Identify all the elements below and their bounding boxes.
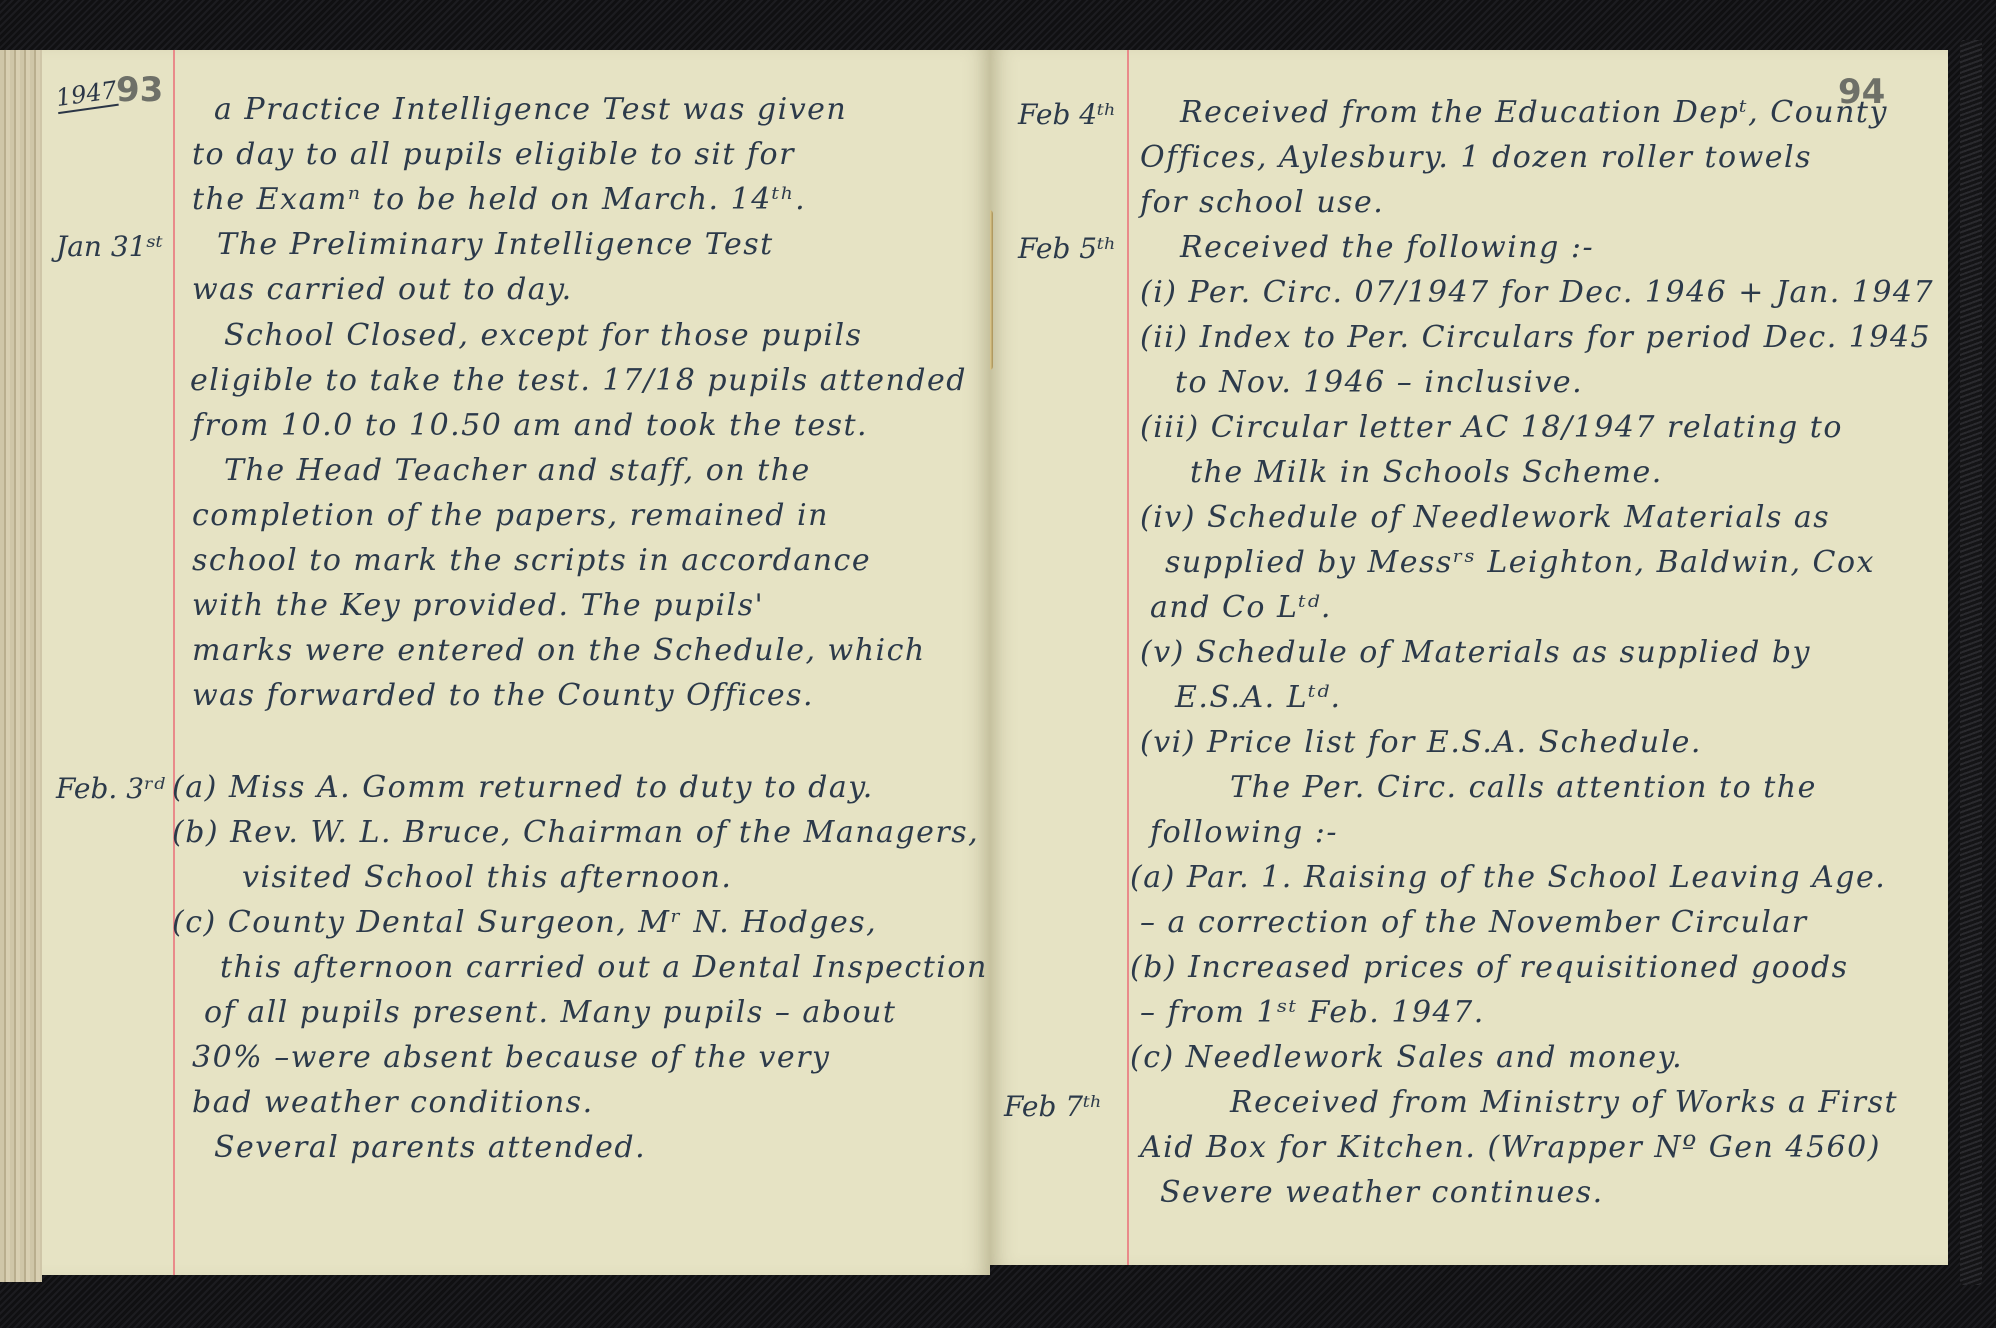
left-page: 1947 93 a Practice Intelligence Test was… [42,50,990,1275]
entry-line: The Preliminary Intelligence Test [217,227,774,262]
binding-stitch [990,210,993,370]
entry-line: was forwarded to the County Offices. [192,678,814,713]
entry-line: (c) County Dental Surgeon, Mʳ N. Hodges, [172,905,877,940]
entry-line: to day to all pupils eligible to sit for [192,137,795,172]
year-note: 1947 [54,76,119,114]
entry-line: – from 1ˢᵗ Feb. 1947. [1140,995,1485,1030]
right-page: 94 Feb 4ᵗʰ Received from the Education D… [990,50,1948,1265]
page-stack-edge [0,50,42,1282]
entry-line: of all pupils present. Many pupils – abo… [204,995,896,1030]
entry-line: a Practice Intelligence Test was given [214,92,847,127]
entry-date: Feb 7ᵗʰ [1004,1090,1102,1123]
entry-line: (a) Par. 1. Raising of the School Leavin… [1130,860,1886,895]
entry-line: from 10.0 to 10.50 am and took the test. [192,408,868,443]
entry-line: (b) Increased prices of requisitioned go… [1130,950,1848,985]
entry-date: Feb 5ᵗʰ [1018,232,1116,265]
entry-line: marks were entered on the Schedule, whic… [192,633,926,668]
entry-line: Received from the Education Depᵗ, County [1180,95,1888,130]
entry-line: E.S.A. Lᵗᵈ. [1175,680,1342,715]
entry-line: The Per. Circ. calls attention to the [1230,770,1817,805]
entry-date: Feb. 3ʳᵈ [56,772,165,805]
book-cover-edge [1960,40,1982,1285]
page-number: 93 [116,70,163,110]
entry-line: (iii) Circular letter AC 18/1947 relatin… [1140,410,1843,445]
entry-line: the Examⁿ to be held on March. 14ᵗʰ. [192,182,806,217]
entry-line: – a correction of the November Circular [1140,905,1808,940]
entry-line: school to mark the scripts in accordance [192,543,871,578]
entry-line: Received from Ministry of Works a First [1230,1085,1898,1120]
entry-line: (b) Rev. W. L. Bruce, Chairman of the Ma… [172,815,979,850]
entry-line: (i) Per. Circ. 07/1947 for Dec. 1946 + J… [1140,275,1934,310]
entry-line: Offices, Aylesbury. 1 dozen roller towel… [1140,140,1812,175]
entry-line: Severe weather continues. [1160,1175,1604,1210]
entry-line: (c) Needlework Sales and money. [1130,1040,1683,1075]
entry-line: Aid Box for Kitchen. (Wrapper Nº Gen 456… [1140,1130,1881,1165]
entry-text: The Preliminary Intelligence Test [217,227,774,262]
entry-line: Several parents attended. [214,1130,646,1165]
entry-line: (ii) Index to Per. Circulars for period … [1140,320,1931,355]
entry-line: visited School this afternoon. [242,860,732,895]
entry-line: (a) Miss A. Gomm returned to duty to day… [172,770,874,805]
entry-line: (iv) Schedule of Needlework Materials as [1140,500,1830,535]
entry-line: (v) Schedule of Materials as supplied by [1140,635,1811,670]
entry-line: this afternoon carried out a Dental Insp… [220,950,988,985]
entry-line: The Head Teacher and staff, on the [224,453,811,488]
entry-line: was carried out to day. [192,272,573,307]
entry-date: Feb 4ᵗʰ [1018,98,1116,131]
margin-rule [1127,50,1129,1265]
entry-line: following :- [1150,815,1338,850]
entry-line: Received the following :- [1180,230,1594,265]
entry-line: and Co Lᵗᵈ. [1150,590,1332,625]
entry-line: bad weather conditions. [192,1085,594,1120]
entry-date: Jan 31ˢᵗ [56,230,163,263]
entry-line: eligible to take the test. 17/18 pupils … [190,363,967,398]
entry-line: School Closed, except for those pupils [224,318,862,353]
entry-line: completion of the papers, remained in [192,498,829,533]
entry-line: the Milk in Schools Scheme. [1190,455,1663,490]
entry-line: for school use. [1140,185,1384,220]
entry-line: supplied by Messʳˢ Leighton, Baldwin, Co… [1165,545,1875,580]
entry-line: to Nov. 1946 – inclusive. [1175,365,1583,400]
margin-rule [173,50,175,1275]
entry-line: 30% –were absent because of the very [192,1040,830,1075]
entry-line: with the Key provided. The pupils' [192,588,764,623]
entry-line: (vi) Price list for E.S.A. Schedule. [1140,725,1702,760]
